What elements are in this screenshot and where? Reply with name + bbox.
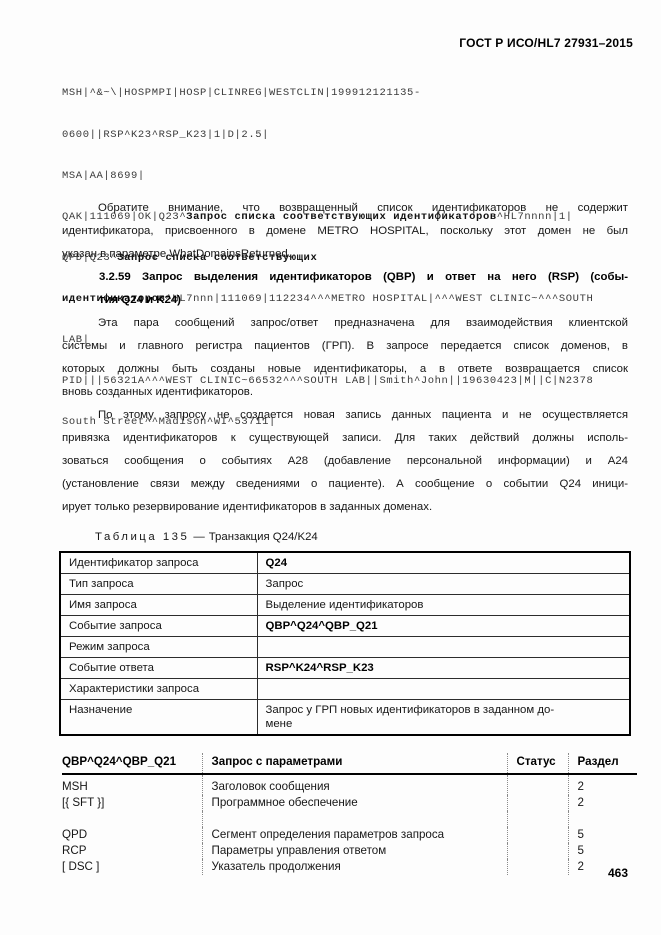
segment-section: 2 — [568, 795, 637, 811]
row-value: Q24 — [257, 552, 630, 574]
table-caption: Таблица 135—Транзакция Q24/K24 — [62, 527, 628, 547]
segment-section — [568, 811, 637, 827]
table-row: Режим запроса — [60, 637, 630, 658]
paragraph-line: ирует только резервирование идентификато… — [62, 496, 628, 519]
row-value: Выделение идентификаторов — [257, 595, 630, 616]
row-label: Идентификатор запроса — [60, 552, 257, 574]
segment-code: [{ SFT }] — [62, 795, 202, 811]
segment-status — [507, 795, 568, 811]
table-caption-title: Транзакция Q24/K24 — [209, 531, 318, 543]
paragraph-line: зоваться сообщения о событиях A28 (добав… — [62, 450, 628, 473]
row-label: Характеристики запроса — [60, 679, 257, 700]
row-value — [257, 637, 630, 658]
code-line: MSA|AA|8699| — [62, 170, 593, 184]
segment-status — [507, 811, 568, 827]
table-row: Характеристики запроса — [60, 679, 630, 700]
row-label: Событие запроса — [60, 616, 257, 637]
segment-description — [202, 811, 507, 827]
code-line: 0600||RSP^K23^RSP_K23|1|D|2.5| — [62, 129, 593, 143]
paragraph-line: привязка идентификаторов к существующей … — [62, 427, 628, 450]
segment-row: [{ SFT }] Программное обеспечение 2 — [62, 795, 637, 811]
column-header-section: Раздел — [568, 753, 637, 774]
segment-row-blank — [62, 811, 637, 827]
column-header-message: QBP^Q24^QBP_Q21 — [62, 753, 202, 774]
row-value: QBP^Q24^QBP_Q21 — [257, 616, 630, 637]
row-label: Назначение — [60, 700, 257, 736]
segment-row: MSH Заголовок сообщения 2 — [62, 774, 637, 795]
row-label: Имя запроса — [60, 595, 257, 616]
section-heading-line: 3.2.59 Запрос выделения идентификаторов … — [62, 266, 628, 289]
segment-code: [ DSC ] — [62, 859, 202, 875]
document-page: ГОСТ Р ИСО/HL7 27931–2015 MSH|^&~\|HOSPM… — [0, 0, 661, 935]
segment-code: RCP — [62, 843, 202, 859]
row-value: Запрос у ГРП новых идентификаторов в зад… — [257, 700, 630, 736]
row-label: Тип запроса — [60, 574, 257, 595]
paragraph-line: идентификатора, присвоенного в домене ME… — [62, 220, 628, 243]
transaction-table: Идентификатор запроса Q24 Тип запроса За… — [59, 551, 631, 736]
paragraph-line: вновь созданных идентификаторов. — [62, 381, 628, 404]
column-header-description: Запрос с параметрами — [202, 753, 507, 774]
row-value — [257, 679, 630, 700]
segment-row: RCP Параметры управления ответом 5 — [62, 843, 637, 859]
segment-code: QPD — [62, 827, 202, 843]
row-label: Режим запроса — [60, 637, 257, 658]
segment-status — [507, 859, 568, 875]
page-number: 463 — [608, 866, 628, 880]
table-caption-dash: — — [189, 531, 208, 543]
segment-description: Заголовок сообщения — [202, 774, 507, 795]
row-value: RSP^K24^RSP_K23 — [257, 658, 630, 679]
paragraph-line: указан в параметре WhatDomainsReturned. — [62, 243, 628, 266]
paragraph-line: которых должны быть созданы новые иденти… — [62, 358, 628, 381]
table-caption-label: Таблица 135 — [95, 531, 189, 543]
message-segment-table: QBP^Q24^QBP_Q21 Запрос с параметрами Ста… — [62, 753, 637, 875]
segment-status — [507, 843, 568, 859]
table-row: Тип запроса Запрос — [60, 574, 630, 595]
segment-row: [ DSC ] Указатель продолжения 2 — [62, 859, 637, 875]
segment-status — [507, 774, 568, 795]
paragraph-line: Обратите внимание, что возвращенный спис… — [62, 197, 628, 220]
table-row: Назначение Запрос у ГРП новых идентифика… — [60, 700, 630, 736]
segment-row: QPD Сегмент определения параметров запро… — [62, 827, 637, 843]
column-header-status: Статус — [507, 753, 568, 774]
segment-status — [507, 827, 568, 843]
body-text-column: Обратите внимание, что возвращенный спис… — [62, 197, 628, 875]
table-row: Идентификатор запроса Q24 — [60, 552, 630, 574]
standard-number-header: ГОСТ Р ИСО/HL7 27931–2015 — [459, 36, 633, 50]
paragraph-line: По этому запросу не создается новая запи… — [62, 404, 628, 427]
segment-table-header-row: QBP^Q24^QBP_Q21 Запрос с параметрами Ста… — [62, 753, 637, 774]
segment-code: MSH — [62, 774, 202, 795]
segment-description: Программное обеспечение — [202, 795, 507, 811]
code-line: MSH|^&~\|HOSPMPI|HOSP|CLINREG|WESTCLIN|1… — [62, 87, 593, 101]
paragraph-line: Эта пара сообщений запрос/ответ предназн… — [62, 312, 628, 335]
paragraph-line: системы и главного регистра пациентов (Г… — [62, 335, 628, 358]
row-label: Событие ответа — [60, 658, 257, 679]
table-row: Событие запроса QBP^Q24^QBP_Q21 — [60, 616, 630, 637]
table-row: Имя запроса Выделение идентификаторов — [60, 595, 630, 616]
table-row: Событие ответа RSP^K24^RSP_K23 — [60, 658, 630, 679]
segment-section: 5 — [568, 843, 637, 859]
segment-section: 5 — [568, 827, 637, 843]
segment-code — [62, 811, 202, 827]
paragraph-line: (установление связи между сведениями о п… — [62, 473, 628, 496]
row-value: Запрос — [257, 574, 630, 595]
segment-section: 2 — [568, 774, 637, 795]
section-heading-line: тия Q24 и K24) — [62, 289, 628, 312]
segment-description: Сегмент определения параметров запроса — [202, 827, 507, 843]
segment-description: Параметры управления ответом — [202, 843, 507, 859]
segment-description: Указатель продолжения — [202, 859, 507, 875]
